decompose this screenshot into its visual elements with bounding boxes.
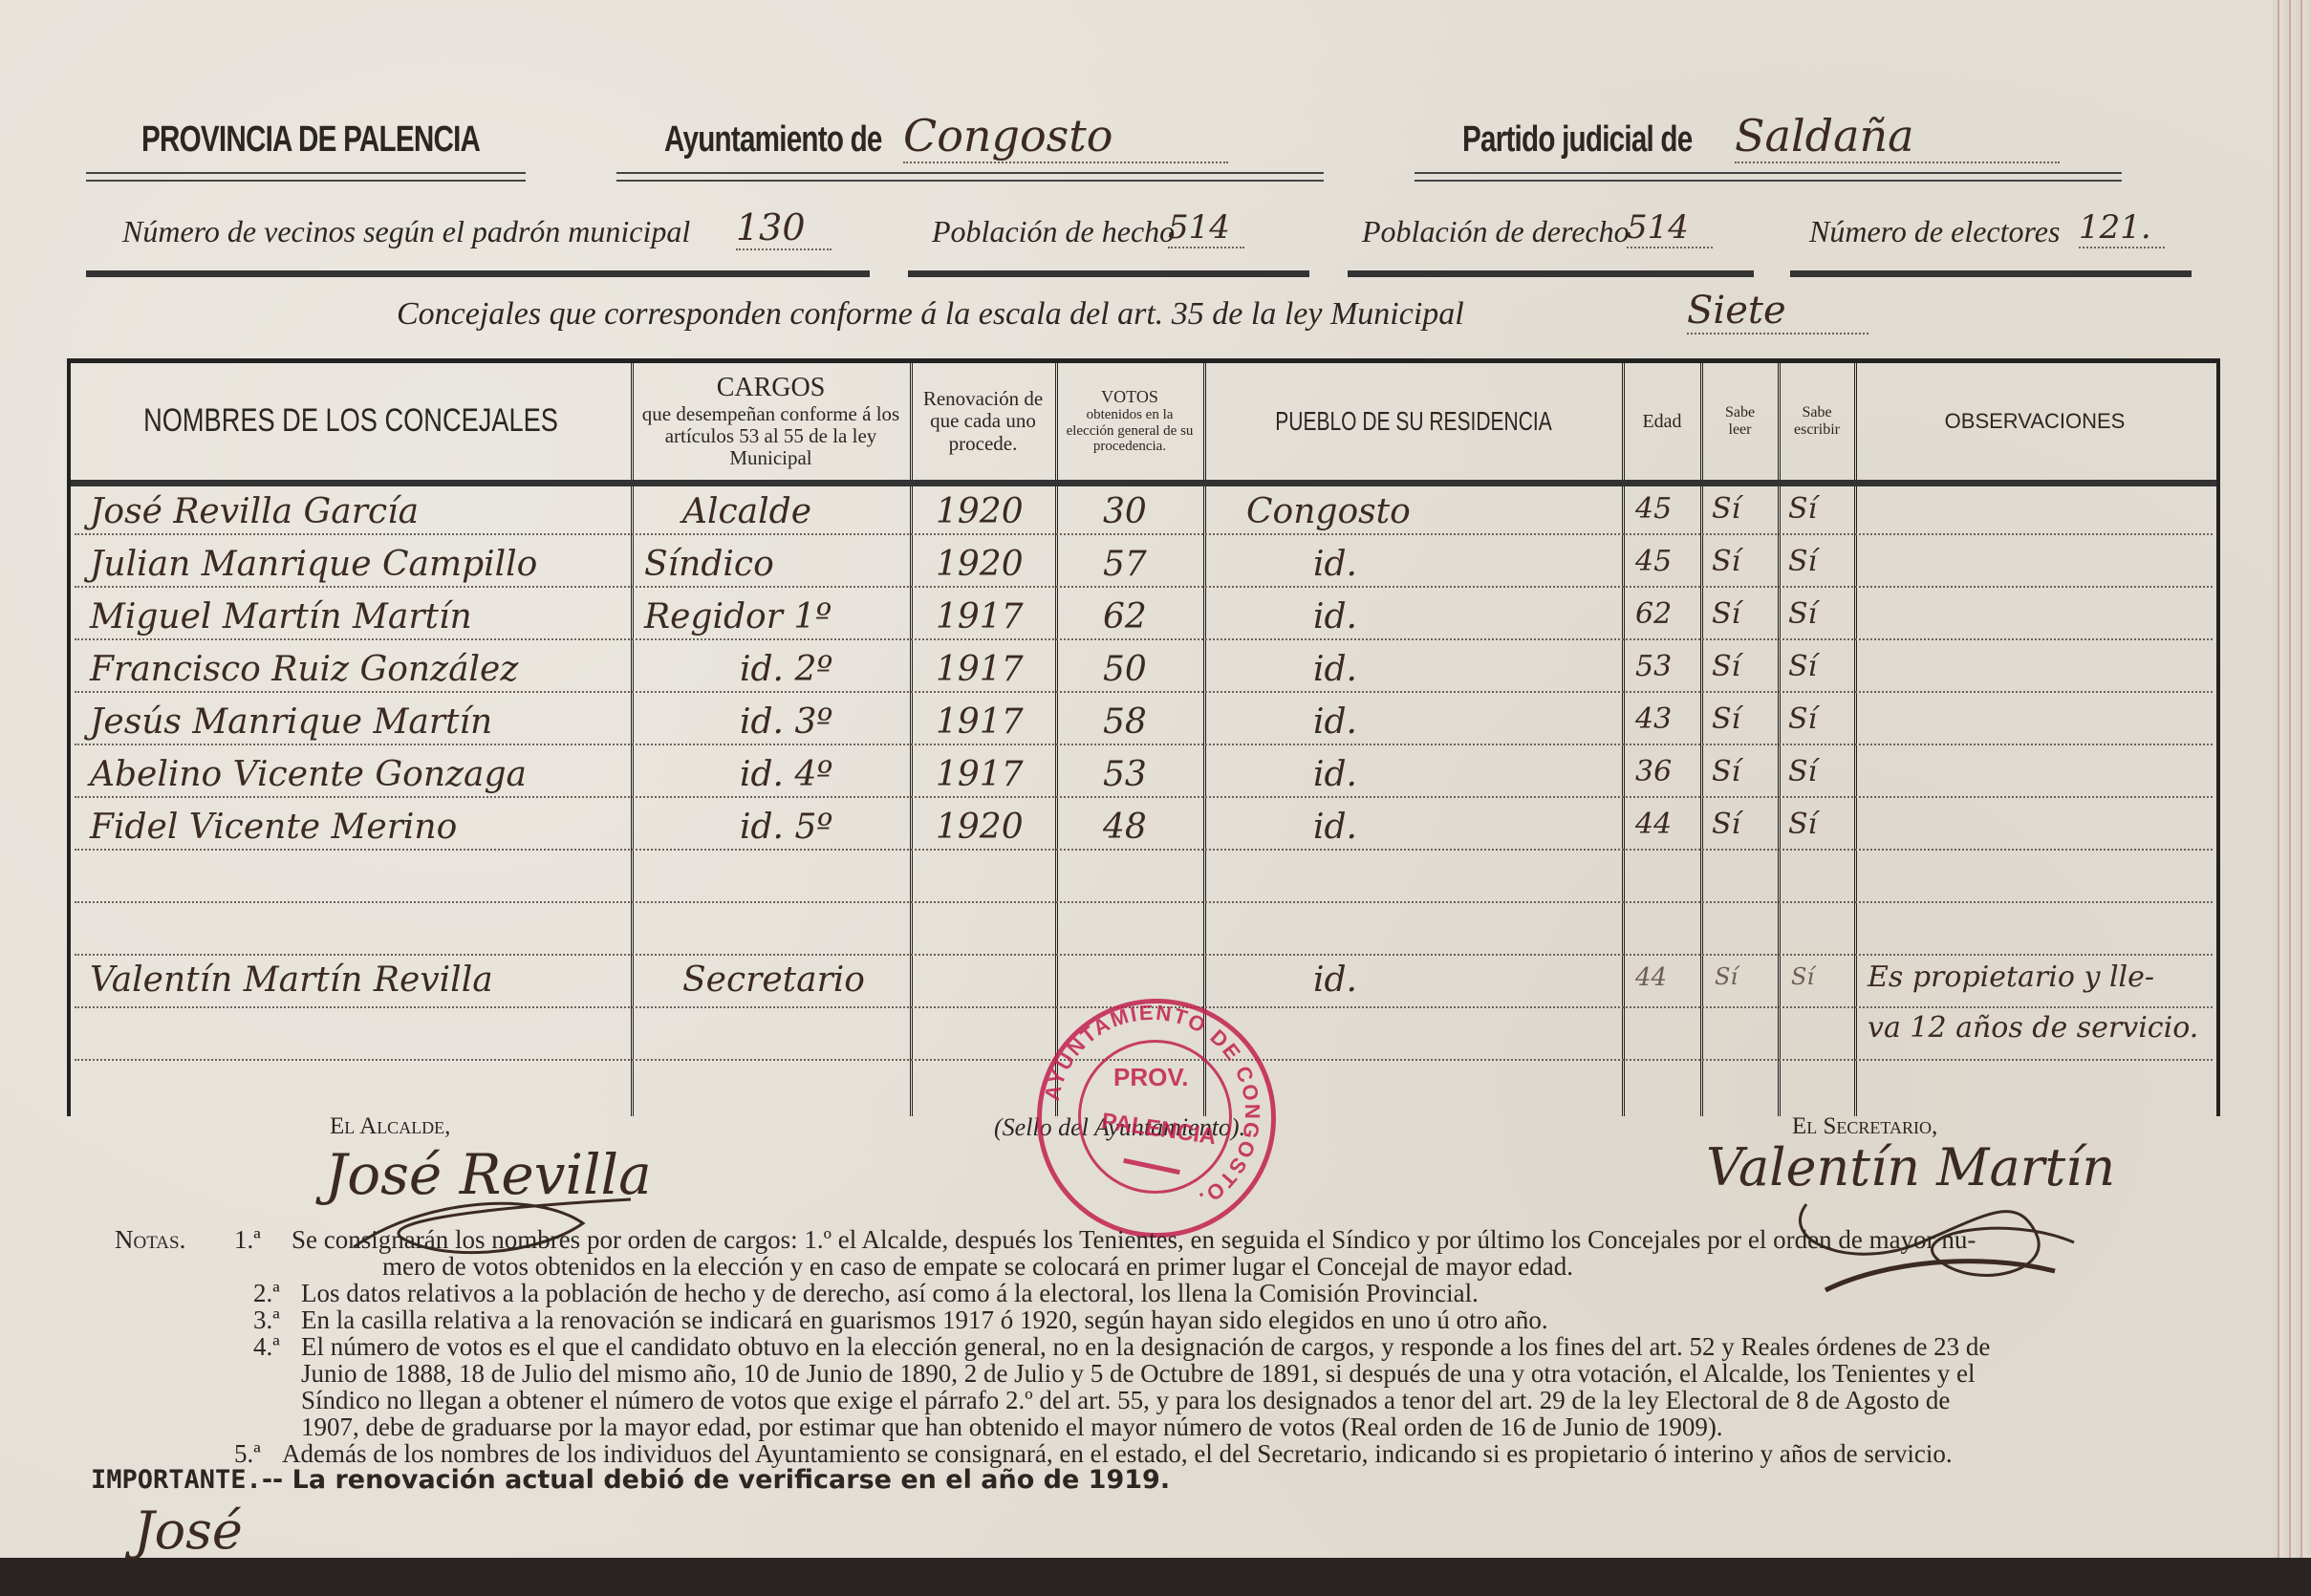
nombre-cell: José Revilla García <box>90 492 419 531</box>
nombre-cell: Jesús Manrique Martín <box>90 702 492 742</box>
edad-cell: 45 <box>1635 492 1672 526</box>
row-line <box>75 638 2213 640</box>
provincia-heading: PROVINCIA DE PALENCIA <box>141 119 480 161</box>
votos-cell: 57 <box>1103 545 1147 584</box>
row-line <box>75 533 2213 535</box>
note-text: Síndico no llegan a obtener el número de… <box>301 1387 1950 1413</box>
note-5: 5.ª Además de los nombres de los individ… <box>115 1440 2217 1467</box>
pueblo-cell: id. <box>1313 597 1357 636</box>
renovacion-cell: 1917 <box>936 650 1024 689</box>
page-stack-edge <box>2273 0 2311 1558</box>
notes-label: Notas. <box>115 1226 185 1253</box>
note-number: 5.ª <box>234 1440 261 1467</box>
note-text: Se consignarán los nombres por orden de … <box>292 1226 1976 1253</box>
row-line <box>75 796 2213 798</box>
cargo-cell: Secretario <box>682 960 865 1000</box>
ayuntamiento-label: Ayuntamiento de <box>664 119 882 161</box>
note-text: Junio de 1888, 18 de Julio del mismo año… <box>301 1360 1976 1387</box>
municipal-stamp: AYUNTAMIENTO DE CONGOSTO. PROV. PALENCIA <box>1037 999 1276 1238</box>
pueblo-cell: Congosto <box>1246 492 1411 531</box>
note-number: 3.ª <box>253 1306 280 1333</box>
vecinos-value: 130 <box>736 206 832 250</box>
note-text: Los datos relativos a la población de he… <box>301 1280 1479 1306</box>
escribir-cell: Sí <box>1788 545 1817 578</box>
row-line <box>75 691 2213 693</box>
escribir-cell: Sí <box>1788 597 1817 631</box>
row-line <box>75 901 2213 903</box>
observaciones-cell-line1: Es propietario y lle- <box>1868 960 2154 994</box>
cargo-cell: id. 2º <box>740 650 832 689</box>
header-cargos-sub: que desempeñan conforme á los artículos … <box>635 403 907 469</box>
stamp-ring-text-icon: AYUNTAMIENTO DE CONGOSTO. <box>1037 999 1266 1228</box>
edad-cell: 36 <box>1635 755 1672 788</box>
note-1: Notas. 1.ª Se consignarán los nombres po… <box>115 1226 2217 1253</box>
leer-cell: Sí <box>1712 492 1740 526</box>
cargo-cell: id. 3º <box>740 702 832 742</box>
electores-value: 121. <box>2079 208 2165 248</box>
leer-cell: Sí <box>1712 755 1740 788</box>
rule <box>86 270 870 277</box>
col-divider <box>631 363 634 1116</box>
header-cargos: CARGOS que desempeñan conforme á los art… <box>635 363 907 480</box>
nombre-cell: Francisco Ruiz González <box>90 650 518 689</box>
poblacion-derecho-label: Población de derecho <box>1362 214 1630 249</box>
header-pueblo: PUEBLO DE SU RESIDENCIA <box>1259 363 1568 480</box>
leer-cell: Sí <box>1712 808 1740 841</box>
col-divider <box>1778 363 1781 1116</box>
header-cargos-title: CARGOS <box>717 374 826 403</box>
rule <box>908 270 1309 277</box>
secretario-label: El Secretario, <box>1792 1113 1937 1140</box>
row-line <box>75 849 2213 851</box>
poblacion-hecho-label: Población de hecho <box>932 214 1175 249</box>
stamp-line1: PROV. <box>1113 1063 1189 1092</box>
rule <box>616 172 1324 182</box>
nombre-cell: Abelino Vicente Gonzaga <box>90 755 527 794</box>
votos-cell: 48 <box>1103 808 1147 847</box>
row-line <box>75 954 2213 956</box>
note-2: 2.ª Los datos relativos a la población d… <box>115 1280 2217 1306</box>
row-line <box>75 744 2213 745</box>
header-sabe-leer: Sabe leer <box>1704 363 1776 480</box>
pueblo-cell: id. <box>1313 650 1357 689</box>
votos-cell: 50 <box>1103 650 1147 689</box>
note-text: mero de votos obtenidos en la elección y… <box>382 1253 1573 1280</box>
note-4-cont: Síndico no llegan a obtener el número de… <box>115 1387 2217 1413</box>
svg-text:AYUNTAMIENTO DE CONGOSTO.: AYUNTAMIENTO DE CONGOSTO. <box>1040 1001 1264 1213</box>
poblacion-derecho-value: 514 <box>1627 208 1713 248</box>
leer-cell: Sí <box>1715 963 1738 990</box>
leer-cell: Sí <box>1712 702 1740 736</box>
renovacion-cell: 1920 <box>936 808 1024 847</box>
header-rule <box>71 480 2216 486</box>
leer-cell: Sí <box>1712 545 1740 578</box>
note-text: En la casilla relativa a la renovación s… <box>301 1306 1548 1333</box>
header-edad: Edad <box>1626 363 1698 480</box>
nombre-cell: Valentín Martín Revilla <box>90 960 493 1000</box>
rule <box>86 172 526 182</box>
leer-cell: Sí <box>1712 650 1740 683</box>
alcalde-label: El Alcalde, <box>330 1113 450 1140</box>
escribir-cell: Sí <box>1788 492 1817 526</box>
edad-cell: 45 <box>1635 545 1672 578</box>
note-text: 1907, debe de graduarse por la mayor eda… <box>301 1413 1723 1440</box>
header-sabe-escribir: Sabe escribir <box>1782 363 1852 480</box>
note-number: 4.ª <box>253 1333 280 1360</box>
escribir-cell: Sí <box>1788 702 1817 736</box>
header-renovacion: Renovación de que cada uno procede. <box>914 363 1052 480</box>
renovacion-cell: 1920 <box>936 492 1024 531</box>
col-divider <box>1700 363 1703 1116</box>
cargo-cell: Regidor 1º <box>644 597 832 636</box>
renovacion-cell: 1917 <box>936 755 1024 794</box>
cargo-cell: Síndico <box>644 545 774 584</box>
concejales-escala-label: Concejales que corresponden conforme á l… <box>397 296 1464 333</box>
note-1-cont: mero de votos obtenidos en la elección y… <box>115 1253 2217 1280</box>
escribir-cell: Sí <box>1788 755 1817 788</box>
concejales-escala-value: Siete <box>1687 289 1868 334</box>
row-line <box>75 586 2213 588</box>
votos-cell: 30 <box>1103 492 1147 531</box>
col-divider <box>1854 363 1857 1116</box>
header-nombres: NOMBRES DE LOS CONCEJALES <box>127 363 575 480</box>
header-votos-sub: obtenidos en la elección general de su p… <box>1059 407 1200 455</box>
col-divider <box>1622 363 1625 1116</box>
edad-cell: 44 <box>1635 963 1667 992</box>
votos-cell: 58 <box>1103 702 1147 742</box>
rule <box>1348 270 1754 277</box>
note-text: Además de los nombres de los individuos … <box>282 1440 1953 1467</box>
escribir-cell: Sí <box>1791 963 1814 990</box>
cargo-cell: id. 5º <box>740 808 832 847</box>
note-4: 4.ª El número de votos es el que el cand… <box>115 1333 2217 1360</box>
vecinos-label: Número de vecinos según el padrón munici… <box>122 214 690 249</box>
note-4-cont: 1907, debe de graduarse por la mayor eda… <box>115 1413 2217 1440</box>
pueblo-cell: id. <box>1313 808 1357 847</box>
nombre-cell: Miguel Martín Martín <box>90 597 472 636</box>
partido-label: Partido judicial de <box>1462 119 1692 161</box>
edad-cell: 43 <box>1635 702 1672 736</box>
edad-cell: 62 <box>1635 597 1672 631</box>
note-3: 3.ª En la casilla relativa a la renovaci… <box>115 1306 2217 1333</box>
pueblo-cell: id. <box>1313 702 1357 742</box>
header-votos-title: VOTOS <box>1101 388 1158 407</box>
renovacion-cell: 1917 <box>936 597 1024 636</box>
cargo-cell: Alcalde <box>682 492 811 531</box>
rule <box>1790 270 2192 277</box>
votos-cell: 62 <box>1103 597 1147 636</box>
note-number: 1.ª <box>234 1226 261 1253</box>
pueblo-cell: id. <box>1313 960 1357 1000</box>
note-text: El número de votos es el que el candidat… <box>301 1333 1990 1360</box>
importante-text: -- La renovación actual debió de verific… <box>262 1465 1170 1495</box>
renovacion-cell: 1917 <box>936 702 1024 742</box>
col-divider <box>910 363 913 1116</box>
nombre-cell: Julian Manrique Campillo <box>90 545 537 584</box>
cargo-cell: id. 4º <box>740 755 832 794</box>
ayuntamiento-value: Congosto <box>903 110 1228 163</box>
poblacion-hecho-value: 514 <box>1168 208 1244 248</box>
electores-label: Número de electores <box>1809 214 2060 249</box>
edad-cell: 44 <box>1635 808 1672 841</box>
pueblo-cell: id. <box>1313 755 1357 794</box>
escribir-cell: Sí <box>1788 808 1817 841</box>
nombre-cell: Fidel Vicente Merino <box>90 808 457 847</box>
header-observaciones: OBSERVACIONES <box>1858 363 2212 480</box>
leer-cell: Sí <box>1712 597 1740 631</box>
header-votos: VOTOS obtenidos en la elección general d… <box>1059 363 1200 480</box>
pueblo-cell: id. <box>1313 545 1357 584</box>
notes-section: Notas. 1.ª Se consignarán los nombres po… <box>115 1226 2217 1467</box>
rule <box>1415 172 2122 182</box>
note-number: 2.ª <box>253 1280 280 1306</box>
renovacion-cell: 1920 <box>936 545 1024 584</box>
note-4-cont: Junio de 1888, 18 de Julio del mismo año… <box>115 1360 2217 1387</box>
edad-cell: 53 <box>1635 650 1672 683</box>
votos-cell: 53 <box>1103 755 1147 794</box>
importante-label: IMPORTANTE. <box>91 1465 262 1495</box>
footer-handwriting: José <box>134 1500 243 1561</box>
escribir-cell: Sí <box>1788 650 1817 683</box>
partido-value: Saldaña <box>1735 110 2060 163</box>
importante-notice: IMPORTANTE.-- La renovación actual debió… <box>91 1465 1170 1495</box>
observaciones-cell-line2: va 12 años de servicio. <box>1868 1011 2198 1045</box>
